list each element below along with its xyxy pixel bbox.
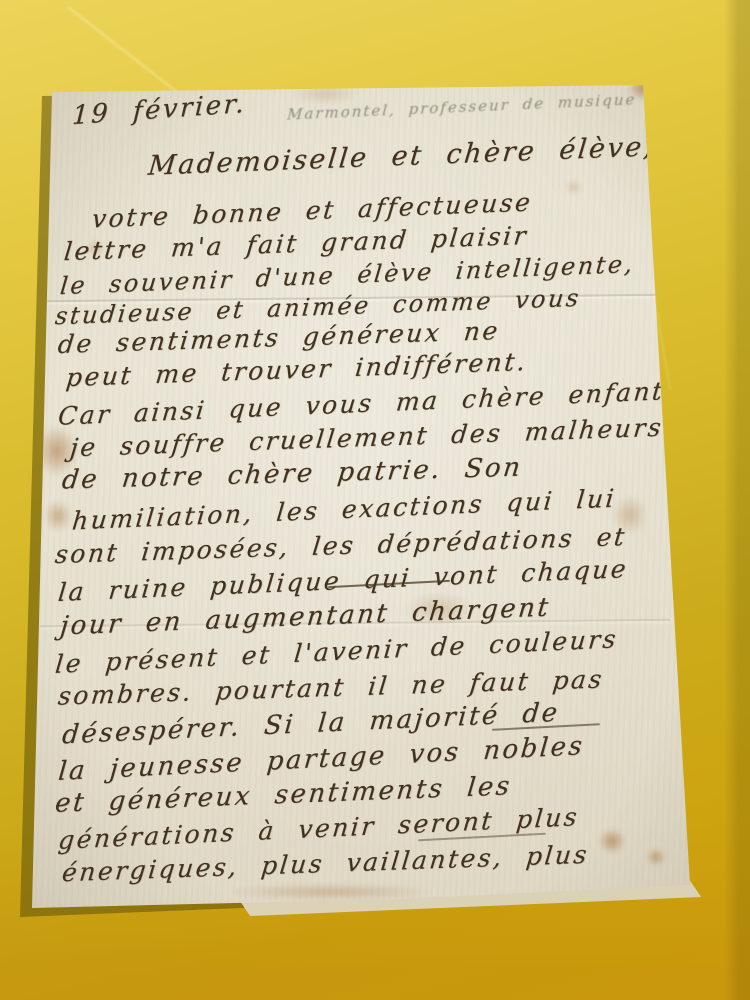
- stain: [598, 828, 626, 854]
- stain: [230, 884, 430, 900]
- pencil-annotation: Marmontel, professeur de musique: [287, 90, 637, 123]
- letter-salutation: Mademoiselle et chère élève,: [147, 131, 657, 182]
- letter-page: 19 février. Marmontel, professeur de mus…: [0, 0, 750, 1000]
- stain: [566, 180, 582, 194]
- stain: [646, 848, 666, 866]
- stain: [44, 500, 72, 532]
- letter-date: 19 février.: [71, 89, 247, 131]
